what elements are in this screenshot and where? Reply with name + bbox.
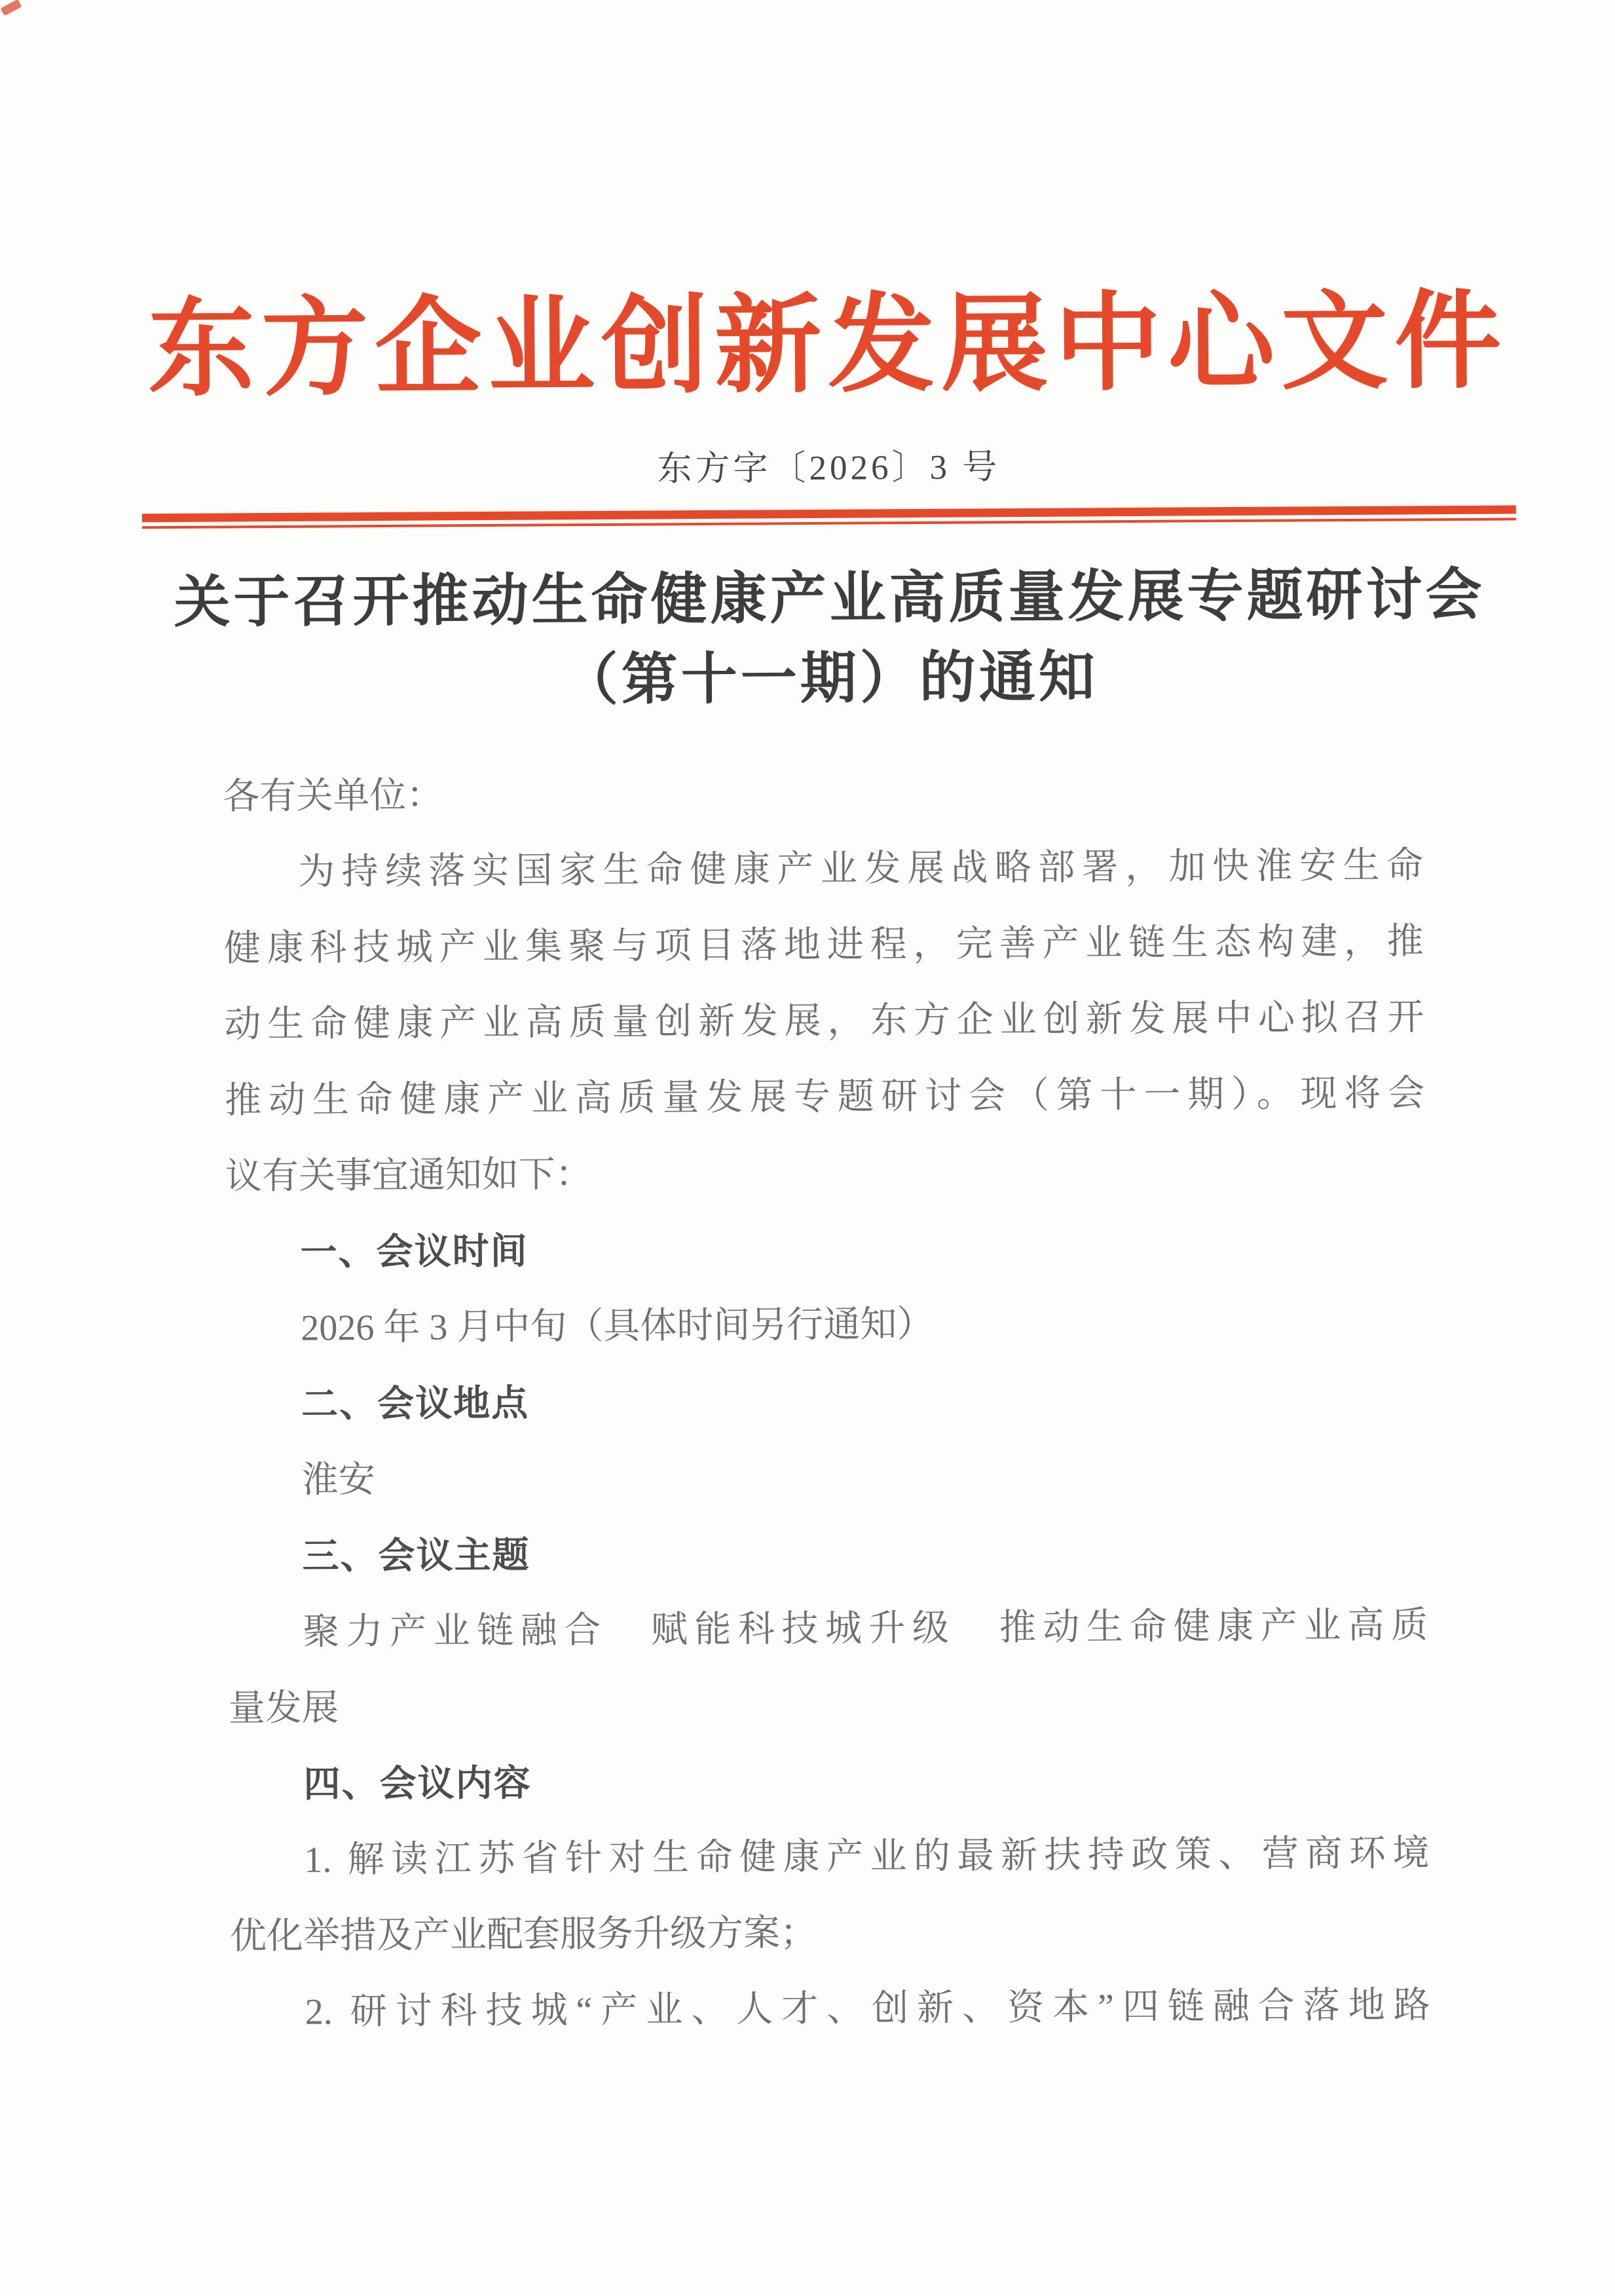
doc-body: 各有关单位： 为持续落实国家生命健康产业发展战略部署，加快淮安生命 健康科技城产… [223,751,1430,2050]
body-line: 为持续落实国家生命健康产业发展战略部署，加快淮安生命 [223,827,1424,911]
doc-number: 东方字〔2026〕3 号 [21,435,1615,495]
page-content: 东方企业创新发展中心文件 东方字〔2026〕3 号 关于召开推动生命健康产业高质… [18,0,1615,2052]
doc-title: 关于召开推动生命健康产业高质量发展专题研讨会 （第十一期）的通知 [22,554,1615,723]
body-line: 推动生命健康产业高质量发展专题研讨会（第十一期）。现将会 [225,1055,1425,1139]
body-line-item-2: 2. 研讨科技城“产业、人才、创新、资本”四链融合落地路 [230,1967,1430,2050]
section-heading-3: 三、会议主题 [227,1511,1428,1594]
body-line-theme: 聚力产业链融合 赋能科技城升级 推动生命健康产业高质 [228,1587,1428,1670]
body-line-item-1: 1. 解读江苏省针对生命健康产业的最新扶持政策、营商环境 [229,1815,1430,1898]
section-heading-4: 四、会议内容 [229,1739,1429,1822]
body-line: 议有关事宜通知如下： [225,1131,1426,1214]
section-heading-2: 二、会议地点 [227,1359,1427,1442]
body-line-time: 2026 年 3 月中旬（具体时间另行通知） [226,1283,1426,1366]
section-heading-1: 一、会议时间 [225,1207,1426,1290]
body-line-theme: 量发展 [229,1663,1429,1746]
document-page: 东方企业创新发展中心文件 东方字〔2026〕3 号 关于召开推动生命健康产业高质… [0,0,1615,2296]
body-line: 动生命健康产业高质量创新发展，东方企业创新发展中心拟召开 [224,979,1424,1063]
red-divider [142,505,1516,529]
body-line: 健康科技城产业集聚与项目落地进程，完善产业链生态构建，推 [223,903,1424,987]
body-line-salutation: 各有关单位： [223,751,1423,835]
doc-title-line2: （第十一期）的通知 [22,633,1615,723]
doc-title-line1: 关于召开推动生命健康产业高质量发展专题研讨会 [22,554,1615,643]
body-line-item-1: 优化举措及产业配套服务升级方案； [230,1891,1430,1974]
body-line-location: 淮安 [227,1435,1427,1518]
org-header-title: 东方企业创新发展中心文件 [20,275,1615,419]
